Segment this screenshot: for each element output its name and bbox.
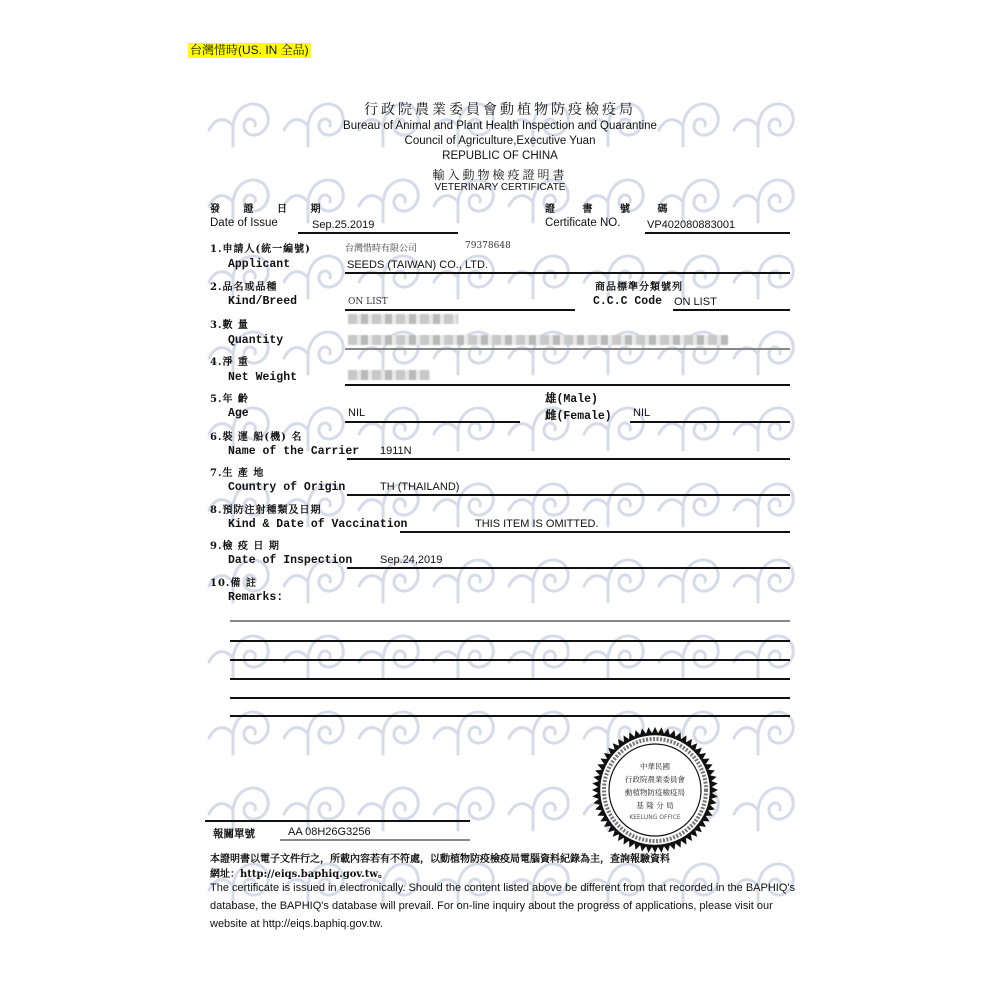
watermark-motif-icon	[205, 774, 275, 834]
origin-value: TH (THAILAND)	[380, 481, 459, 493]
customs-top-line	[205, 820, 470, 822]
watermark-motif-icon	[505, 774, 575, 834]
applicant-value: SEEDS (TAIWAN) CO., LTD.	[347, 259, 488, 271]
watermark-motif-icon	[730, 698, 800, 758]
remarks-line-5	[230, 697, 790, 699]
applicant-underline	[345, 272, 790, 274]
applicant-label-zh: 1.申請人(統一編號)	[210, 240, 311, 255]
quantity-label-zh: 3.數 量	[210, 316, 249, 331]
quantity-underline	[345, 348, 790, 350]
ccc-underline	[673, 309, 790, 311]
council-title: Council of Agriculture,Executive Yuan	[0, 135, 1000, 147]
watermark-motif-icon	[430, 774, 500, 834]
male-label: 雄(Male)	[545, 390, 598, 406]
watermark-motif-icon	[505, 622, 575, 682]
kind-label-en: Kind/Breed	[228, 295, 297, 308]
carrier-label-zh: 6.裝 運 船(機) 名	[210, 428, 302, 443]
watermark-motif-icon	[730, 546, 800, 606]
kind-underline	[345, 309, 575, 311]
issue-date-label-zh: 發 證 日 期	[210, 200, 330, 215]
watermark-motif-icon	[580, 546, 650, 606]
inspection-label-zh: 9.檢 疫 日 期	[210, 537, 280, 552]
watermark-motif-icon	[430, 394, 500, 454]
female-label: 雌(Female)	[545, 407, 612, 423]
watermark-motif-icon	[730, 774, 800, 834]
certificate-number-value: VP402080883001	[647, 219, 735, 231]
document-title-zh: 輸入動物檢疫證明書	[0, 166, 1000, 183]
customs-label-zh: 報關單號	[213, 826, 255, 841]
watermark-motif-icon	[730, 622, 800, 682]
certificate-number-label-zh: 證 書 號 碼	[545, 200, 679, 215]
quantity-redacted-line1	[348, 314, 458, 324]
seal-line-3: 動植物防疫檢疫局	[590, 787, 720, 798]
watermark-motif-icon	[355, 622, 425, 682]
age-label-zh: 5.年 齡	[210, 390, 249, 405]
age-underline	[345, 421, 520, 423]
notice-en: The certificate is issued in electronica…	[210, 879, 800, 933]
watermark-motif-icon	[280, 622, 350, 682]
watermark-motif-icon	[730, 394, 800, 454]
issue-date-label-en: Date of Issue	[210, 217, 278, 229]
vaccination-label-zh: 8.預防注射種類及日期	[210, 501, 321, 516]
document-title-en: VETERINARY CERTIFICATE	[0, 182, 1000, 193]
notice-zh-line-1: 本證明書以電子文件行之，所載內容若有不符處，以動植物防疫檢疫局電腦資料紀錄為主，…	[210, 850, 670, 865]
watermark-motif-icon	[505, 698, 575, 758]
seal-line-2: 行政院農業委員會	[590, 774, 720, 785]
watermark-motif-icon	[280, 774, 350, 834]
watermark-motif-icon	[655, 546, 725, 606]
remarks-line-6	[230, 715, 790, 717]
remarks-line-3	[230, 659, 790, 661]
remarks-line-1	[230, 620, 790, 622]
official-seal: 中華民國 行政院農業委員會 動植物防疫檢疫局 基 隆 分 局 KEELUNG O…	[590, 725, 720, 855]
inspection-label-en: Date of Inspection	[228, 554, 352, 567]
notice-zh-line-2: 網址：http://eiqs.baphiq.gov.tw。	[210, 865, 388, 880]
certificate-number-underline	[645, 232, 790, 234]
origin-label-zh: 7.生 產 地	[210, 464, 264, 479]
issue-date-value: Sep.25.2019	[312, 219, 374, 231]
applicant-name-zh: 台灣惜時有限公司	[345, 241, 417, 254]
carrier-label-en: Name of the Carrier	[228, 445, 359, 458]
agency-title-en: Bureau of Animal and Plant Health Inspec…	[0, 120, 1000, 132]
carrier-value: 1911N	[380, 445, 412, 457]
inspection-value: Sep.24,2019	[380, 554, 442, 566]
certificate-number-label-en: Certificate NO.	[545, 217, 620, 229]
country-title: REPUBLIC OF CHINA	[0, 150, 1000, 162]
watermark-motif-icon	[505, 546, 575, 606]
watermark-motif-icon	[655, 622, 725, 682]
net-weight-label-en: Net Weight	[228, 371, 297, 384]
remarks-line-2	[230, 640, 790, 642]
remarks-label-en: Remarks:	[228, 591, 283, 604]
quantity-label-en: Quantity	[228, 334, 283, 347]
kind-value: ON LIST	[348, 297, 388, 307]
watermark-motif-icon	[355, 698, 425, 758]
watermark-motif-icon	[580, 622, 650, 682]
customs-underline	[280, 839, 470, 841]
quantity-redacted-value	[348, 335, 728, 345]
customs-number-value: AA 08H26G3256	[288, 826, 371, 838]
sex-underline	[630, 421, 790, 423]
age-label-en: Age	[228, 407, 249, 420]
watermark-motif-icon	[655, 394, 725, 454]
watermark-motif-icon	[280, 698, 350, 758]
net-weight-redacted-value	[348, 370, 430, 380]
kind-label-zh: 2.品名或品種	[210, 278, 277, 293]
highlighted-tag-label: 台灣惜時(US. IN 全品)	[188, 43, 311, 58]
watermark-motif-icon	[355, 774, 425, 834]
watermark-motif-icon	[730, 470, 800, 530]
age-value: NIL	[348, 407, 365, 419]
net-weight-underline	[345, 384, 790, 386]
watermark-motif-icon	[430, 622, 500, 682]
watermark-motif-icon	[205, 622, 275, 682]
ccc-value: ON LIST	[674, 296, 717, 308]
watermark-motif-icon	[205, 698, 275, 758]
issue-date-underline	[298, 232, 458, 234]
seal-line-1: 中華民國	[590, 761, 720, 772]
vaccination-underline	[400, 531, 790, 533]
watermark-motif-icon	[655, 470, 725, 530]
inspection-underline	[347, 567, 790, 569]
watermark-motif-icon	[280, 318, 350, 378]
remarks-line-4	[230, 678, 790, 680]
watermark-motif-icon	[430, 698, 500, 758]
seal-line-5: KEELUNG OFFICE	[590, 814, 720, 821]
sex-value: NIL	[633, 407, 650, 419]
carrier-underline	[347, 458, 790, 460]
net-weight-label-zh: 4.淨 重	[210, 353, 249, 368]
agency-title-zh: 行政院農業委員會動植物防疫檢疫局	[0, 99, 1000, 119]
seal-line-4: 基 隆 分 局	[590, 800, 720, 811]
remarks-label-zh: 10.備 註	[210, 574, 257, 589]
origin-underline	[347, 494, 790, 496]
applicant-label-en: Applicant	[228, 258, 290, 271]
origin-label-en: Country of Origin	[228, 481, 345, 494]
vaccination-value: THIS ITEM IS OMITTED.	[475, 518, 598, 530]
vaccination-label-en: Kind & Date of Vaccination	[228, 518, 407, 531]
ccc-label-zh: 商品標準分類號列	[595, 278, 683, 293]
applicant-tax-id: 79378648	[465, 241, 511, 251]
ccc-label-en: C.C.C Code	[593, 295, 662, 308]
